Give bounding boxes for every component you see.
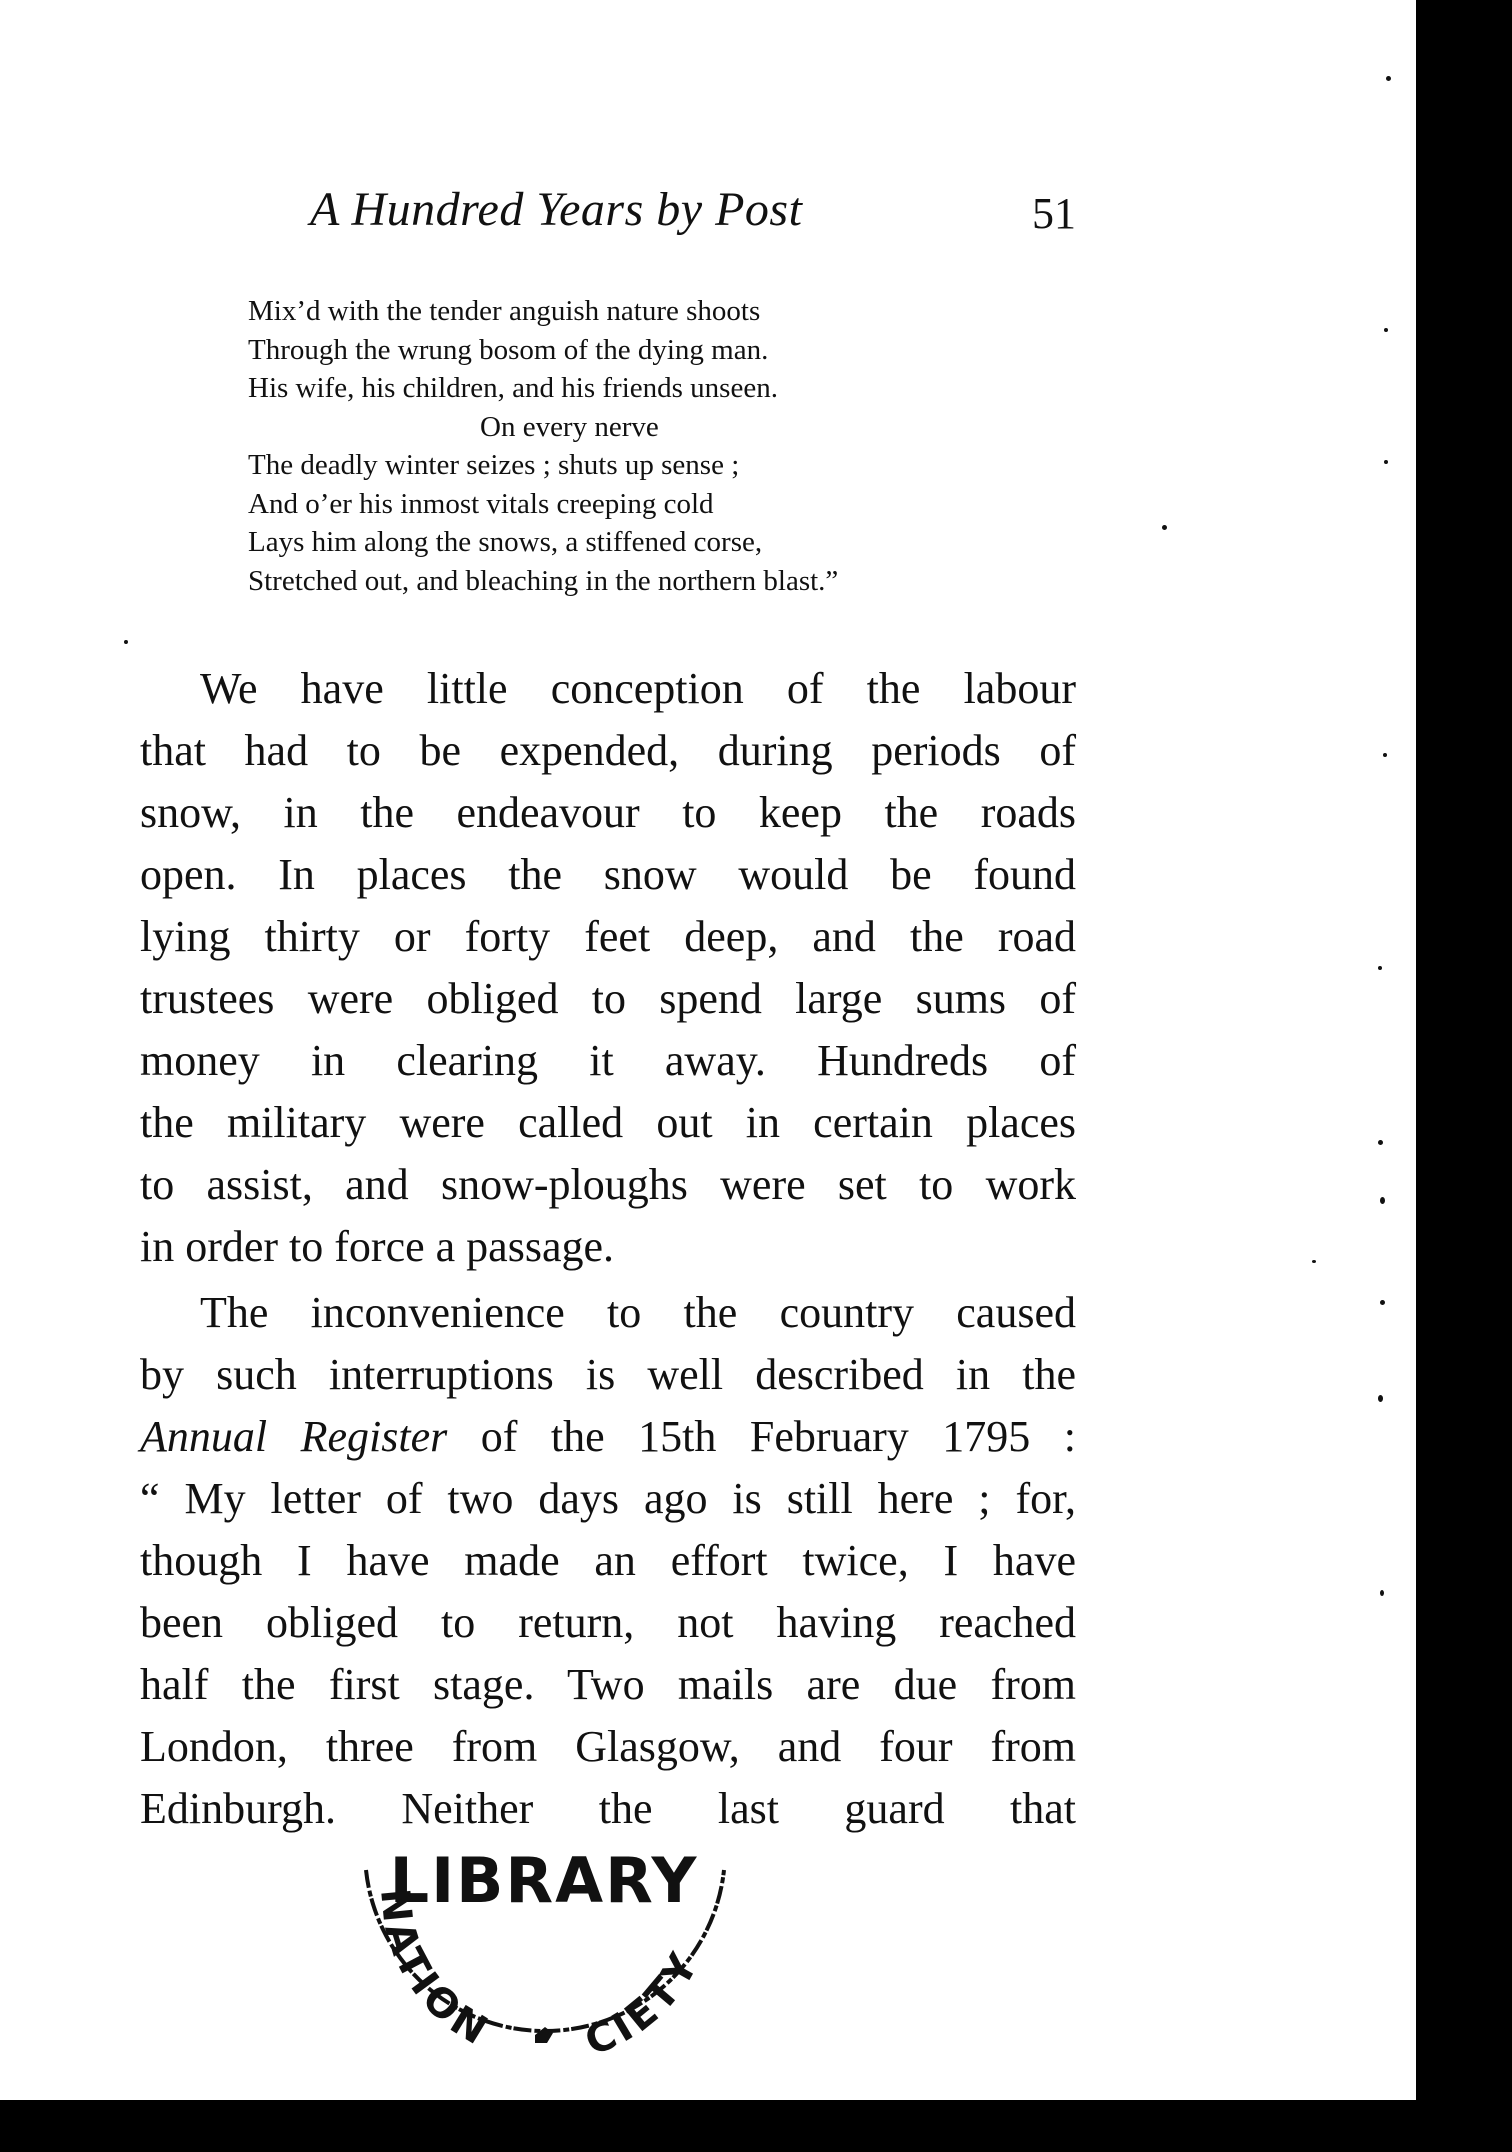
verse-line: The deadly winter seizes ; shuts up sens… [248,446,1048,485]
scan-speck [1378,966,1382,970]
paragraph-2: The inconvenience to the country caused … [140,1282,1076,1840]
svg-text:CIETY: CIETY [579,1943,709,2065]
library-stamp: LIBRARY NATION CIETY [352,1830,736,2070]
text-line: been obliged to return, not having reach… [140,1592,1076,1654]
scan-speck [124,640,128,644]
publication-title: Annual Register [140,1412,447,1461]
scan-speck [1162,525,1167,530]
verse-line: Lays him along the snows, a stiffened co… [248,523,1048,562]
verse-line: Through the wrung bosom of the dying man… [248,331,1048,370]
scan-speck [1378,1140,1383,1145]
scan-border-right [1416,0,1512,2152]
text-line: The inconvenience to the country caused [140,1282,1076,1344]
text-line: open. In places the snow would be found [140,844,1076,906]
text-line-with-citation: Annual Register of the 15th February 179… [140,1406,1076,1468]
text-line: that had to be expended, during periods … [140,720,1076,782]
scan-speck [1384,460,1388,464]
text-line: snow, in the endeavour to keep the roads [140,782,1076,844]
scan-speck [1380,1590,1384,1596]
text-line: though I have made an effort twice, I ha… [140,1530,1076,1592]
svg-text:LIBRARY: LIBRARY [390,1844,699,1917]
verse-line: Mix’d with the tender anguish nature sho… [248,292,1048,331]
running-header: A Hundred Years by Post 51 [310,176,1090,246]
text-line: money in clearing it away. Hundreds of [140,1030,1076,1092]
text-line: lying thirty or forty feet deep, and the… [140,906,1076,968]
text-line: London, three from Glasgow, and four fro… [140,1716,1076,1778]
page-number: 51 [1032,188,1076,239]
library-stamp-icon: LIBRARY NATION CIETY [352,1830,736,2070]
scan-speck [1378,1395,1383,1402]
scan-speck [1312,1260,1316,1263]
scan-speck [1386,76,1391,81]
verse-line: His wife, his children, and his friends … [248,369,1048,408]
scan-speck [1384,328,1388,332]
scan-speck [1380,1197,1385,1204]
verse-line: And o’er his inmost vitals creeping cold [248,485,1048,524]
text-line: We have little conception of the labour [140,658,1076,720]
running-title: A Hundred Years by Post [310,182,802,237]
text-line: half the first stage. Two mails are due … [140,1654,1076,1716]
book-page: A Hundred Years by Post 51 Mix’d with th… [0,0,1416,2100]
text-line: by such interruptions is well described … [140,1344,1076,1406]
scan-speck [1383,753,1387,757]
text-line: the military were called out in certain … [140,1092,1076,1154]
verse-line: Stretched out, and bleaching in the nort… [248,562,1048,601]
citation-date: of the 15th February 1795 : [447,1412,1076,1461]
verse-quotation: Mix’d with the tender anguish nature sho… [248,292,1048,600]
text-line: in order to force a passage. [140,1216,1076,1278]
text-line: “ My letter of two days ago is still her… [140,1468,1076,1530]
paragraph-1: We have little conception of the labour … [140,658,1076,1278]
scan-speck [1380,1300,1385,1305]
text-line: to assist, and snow-ploughs were set to … [140,1154,1076,1216]
verse-line: On every nerve [248,408,1048,447]
scan-border-bottom [0,2100,1512,2152]
text-line: trustees were obliged to spend large sum… [140,968,1076,1030]
